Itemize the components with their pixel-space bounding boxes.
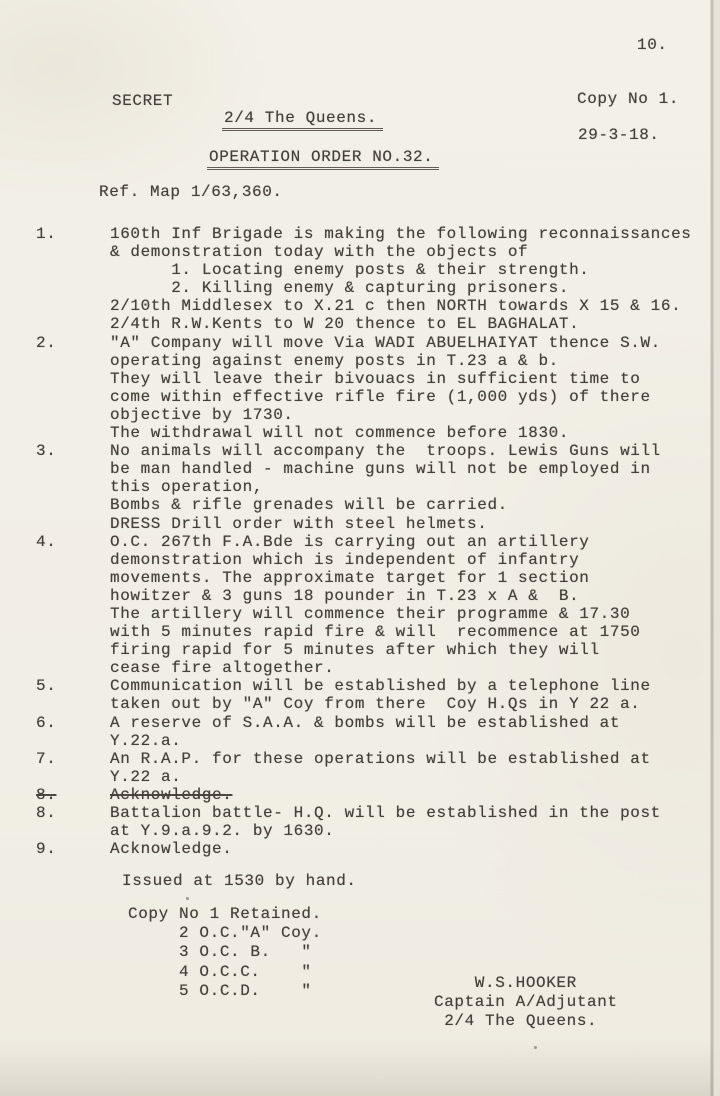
signature-block: W.S.HOOKER Captain A/Adjutant 2/4 The Qu… <box>434 974 618 1031</box>
paper-speck <box>534 1046 537 1049</box>
order-paragraph: 1. 160th Inf Brigade is making the follo… <box>0 225 720 334</box>
paragraph-number: 1. <box>0 225 110 334</box>
unit-title: 2/4 The Queens. <box>222 109 383 131</box>
paragraph-number: 9. <box>0 840 110 858</box>
paragraph-number: 8. <box>0 804 110 840</box>
paragraph-number: 6. <box>0 714 110 750</box>
order-paragraph: 3. No animals will accompany the troops.… <box>0 442 720 532</box>
paragraph-number: 7. <box>0 750 110 786</box>
order-paragraph: 2. "A" Company will move Via WADI ABUELH… <box>0 334 720 443</box>
classification-label: SECRET <box>112 92 173 110</box>
page-number: 10. <box>637 36 668 54</box>
paragraph-text: A reserve of S.A.A. & bombs will be esta… <box>110 714 720 750</box>
paragraph-number: 4. <box>0 533 110 678</box>
order-paragraph: 7. An R.A.P. for these operations will b… <box>0 750 720 786</box>
paragraph-text: An R.A.P. for these operations will be e… <box>110 750 720 786</box>
order-paragraph: 8. Battalion battle- H.Q. will be establ… <box>0 804 720 840</box>
paragraph-text: Acknowledge. <box>110 840 720 858</box>
paragraph-text: No animals will accompany the troops. Le… <box>110 442 720 532</box>
scanned-operation-order-page: 10. SECRET Copy No 1. 2/4 The Queens. 29… <box>0 0 720 1096</box>
date: 29-3-18. <box>578 126 660 144</box>
paragraph-number: 3. <box>0 442 110 532</box>
order-paragraph-struck-out: 8. Acknowledge. <box>0 786 720 804</box>
copy-number: Copy No 1. <box>577 90 679 108</box>
paragraph-number: 5. <box>0 677 110 713</box>
order-paragraph: 5. Communication will be established by … <box>0 677 720 713</box>
paragraph-number: 8. <box>0 786 110 804</box>
issued-line: Issued at 1530 by hand. <box>122 872 357 890</box>
paragraph-text: Battalion battle- H.Q. will be establish… <box>110 804 720 840</box>
paragraph-text: Communication will be established by a t… <box>110 677 720 713</box>
distribution-list: Copy No 1 Retained. 2 O.C."A" Coy. 3 O.C… <box>128 905 322 1001</box>
order-paragraph: 9. Acknowledge. <box>0 840 720 858</box>
order-body: 1. 160th Inf Brigade is making the follo… <box>0 225 720 858</box>
paragraph-text: "A" Company will move Via WADI ABUELHAIY… <box>110 334 720 443</box>
map-reference: Ref. Map 1/63,360. <box>99 183 283 201</box>
paragraph-text: O.C. 267th F.A.Bde is carrying out an ar… <box>110 533 720 678</box>
order-title: OPERATION ORDER NO.32. <box>207 148 439 170</box>
order-paragraph: 6. A reserve of S.A.A. & bombs will be e… <box>0 714 720 750</box>
order-paragraph: 4. O.C. 267th F.A.Bde is carrying out an… <box>0 533 720 678</box>
paragraph-text: Acknowledge. <box>110 786 720 804</box>
paragraph-number: 2. <box>0 334 110 443</box>
paragraph-text: 160th Inf Brigade is making the followin… <box>110 225 720 334</box>
paper-speck <box>186 897 189 900</box>
